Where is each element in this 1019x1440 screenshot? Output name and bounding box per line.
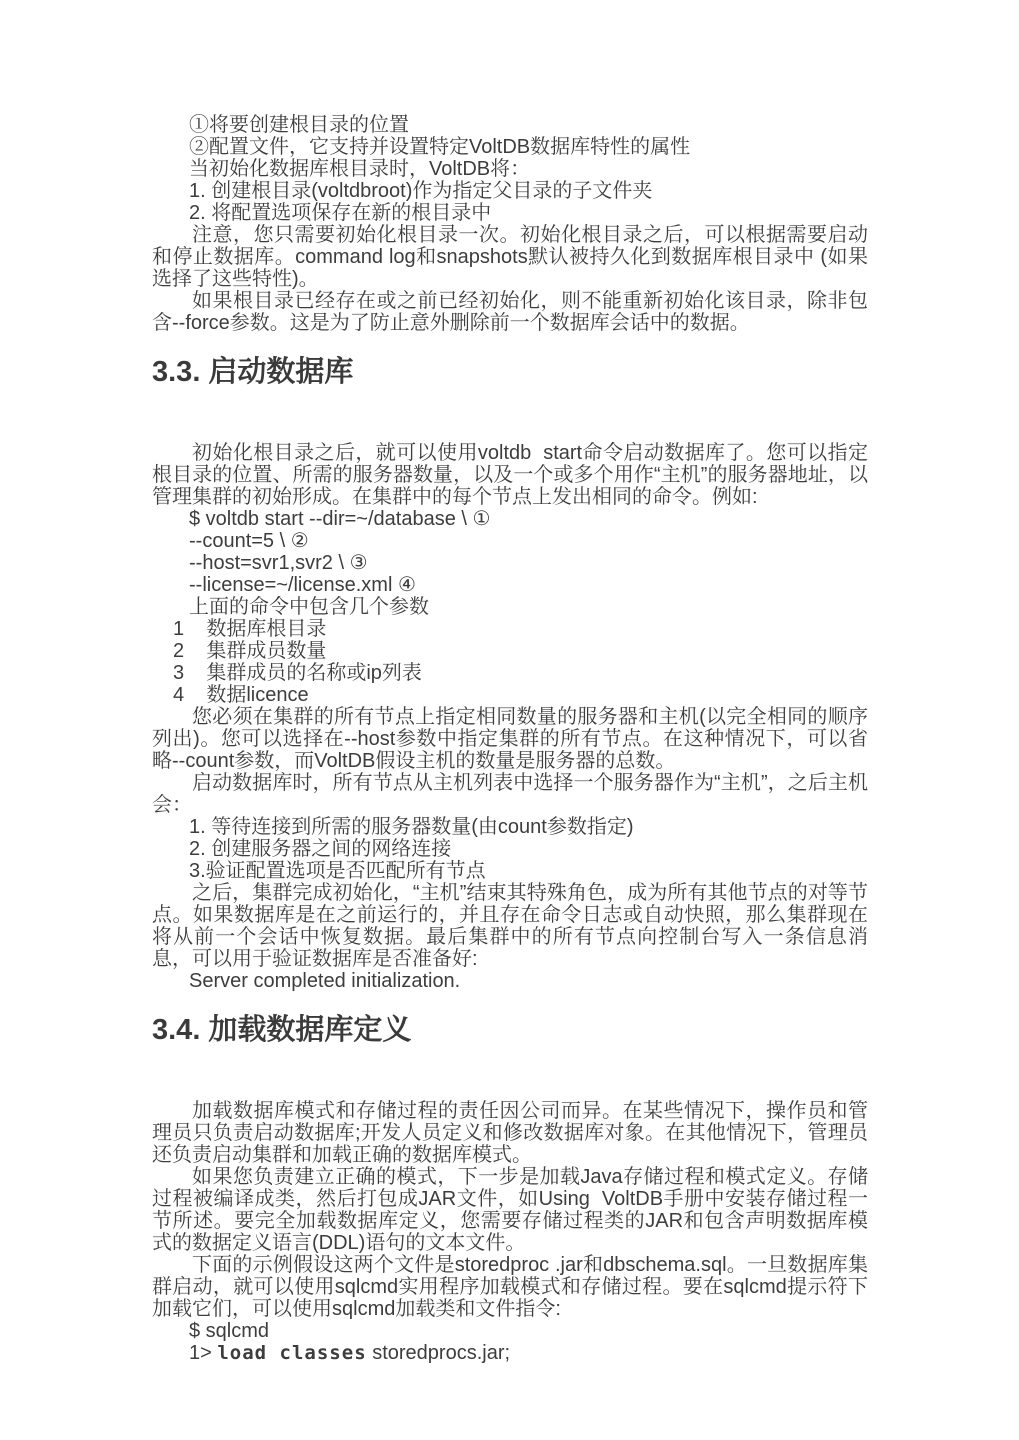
- intro-step-save-config: 2. 将配置选项保存在新的根目录中: [152, 202, 868, 224]
- step-line-wait-servers: 1. 等待连接到所需的服务器数量(由count参数指定): [152, 816, 868, 838]
- param-line-root-dir: 1 数据库根目录: [152, 618, 868, 640]
- intro-step-create-root: 1. 创建根目录(voltdbroot)作为指定父目录的子文件夹: [152, 180, 868, 202]
- load-classes-keyword: load classes: [217, 1342, 366, 1364]
- params-intro-line: 上面的命令中包含几个参数: [152, 596, 868, 618]
- paragraph-start-database-intro: 初始化根目录之后，就可以使用voltdb start命令启动数据库了。您可以指定…: [152, 442, 868, 508]
- intro-line-root-location: ①将要创建根目录的位置: [152, 114, 868, 136]
- document-content: ①将要创建根目录的位置 ②配置文件，它支持并设置特定VoltDB数据库特性的属性…: [152, 114, 868, 1364]
- code-line-license: --license=~/license.xml ④: [152, 574, 868, 596]
- step-line-network: 2. 创建服务器之间的网络连接: [152, 838, 868, 860]
- paragraph-host-selection: 启动数据库时，所有节点从主机列表中选择一个服务器作为“主机”，之后主机会：: [152, 772, 868, 816]
- intro-line-voltdb-will: 当初始化数据库根目录时，VoltDB将：: [152, 158, 868, 180]
- section-heading-34: 3.4. 加载数据库定义: [152, 1010, 868, 1050]
- param-line-member-names: 3 集群成员的名称或ip列表: [152, 662, 868, 684]
- console-message-line: Server completed initialization.: [152, 970, 868, 992]
- intro-line-config-file: ②配置文件，它支持并设置特定VoltDB数据库特性的属性: [152, 136, 868, 158]
- param-line-member-count: 2 集群成员数量: [152, 640, 868, 662]
- code-line-voltdb-start: $ voltdb start --dir=~/database \ ①: [152, 508, 868, 530]
- code-line-load-classes: 1> load classes storedprocs.jar;: [152, 1342, 868, 1364]
- paragraph-same-hosts: 您必须在集群的所有节点上指定相同数量的服务器和主机(以完全相同的顺序列出)。您可…: [152, 706, 868, 772]
- section-heading-33: 3.3. 启动数据库: [152, 352, 868, 392]
- paragraph-force-flag: 如果根目录已经存在或之前已经初始化，则不能重新初始化该目录，除非包含--forc…: [152, 290, 868, 334]
- paragraph-responsibility: 加载数据库模式和存储过程的责任因公司而异。在某些情况下，操作员和管理员只负责启动…: [152, 1100, 868, 1166]
- paragraph-example-files: 下面的示例假设这两个文件是storedproc .jar和dbschema.sq…: [152, 1254, 868, 1320]
- load-classes-filename: storedprocs.jar;: [367, 1342, 510, 1364]
- code-line-sqlcmd-prompt: $ sqlcmd: [152, 1320, 868, 1342]
- paragraph-init-once-note: 注意，您只需要初始化根目录一次。初始化根目录之后，可以根据需要启动和停止数据库。…: [152, 224, 868, 290]
- code-line-count: --count=5 \ ②: [152, 530, 868, 552]
- param-line-licence: 4 数据licence: [152, 684, 868, 706]
- code-line-host: --host=svr1,svr2 \ ③: [152, 552, 868, 574]
- document-page: ①将要创建根目录的位置 ②配置文件，它支持并设置特定VoltDB数据库特性的属性…: [0, 0, 1019, 1440]
- load-classes-prefix: 1>: [189, 1342, 217, 1364]
- paragraph-load-schema: 如果您负责建立正确的模式，下一步是加载Java存储过程和模式定义。存储过程被编译…: [152, 1166, 868, 1254]
- step-line-verify-config: 3.验证配置选项是否匹配所有节点: [152, 860, 868, 882]
- paragraph-cluster-ready: 之后，集群完成初始化，“主机”结束其特殊角色，成为所有其他节点的对等节点。如果数…: [152, 882, 868, 970]
